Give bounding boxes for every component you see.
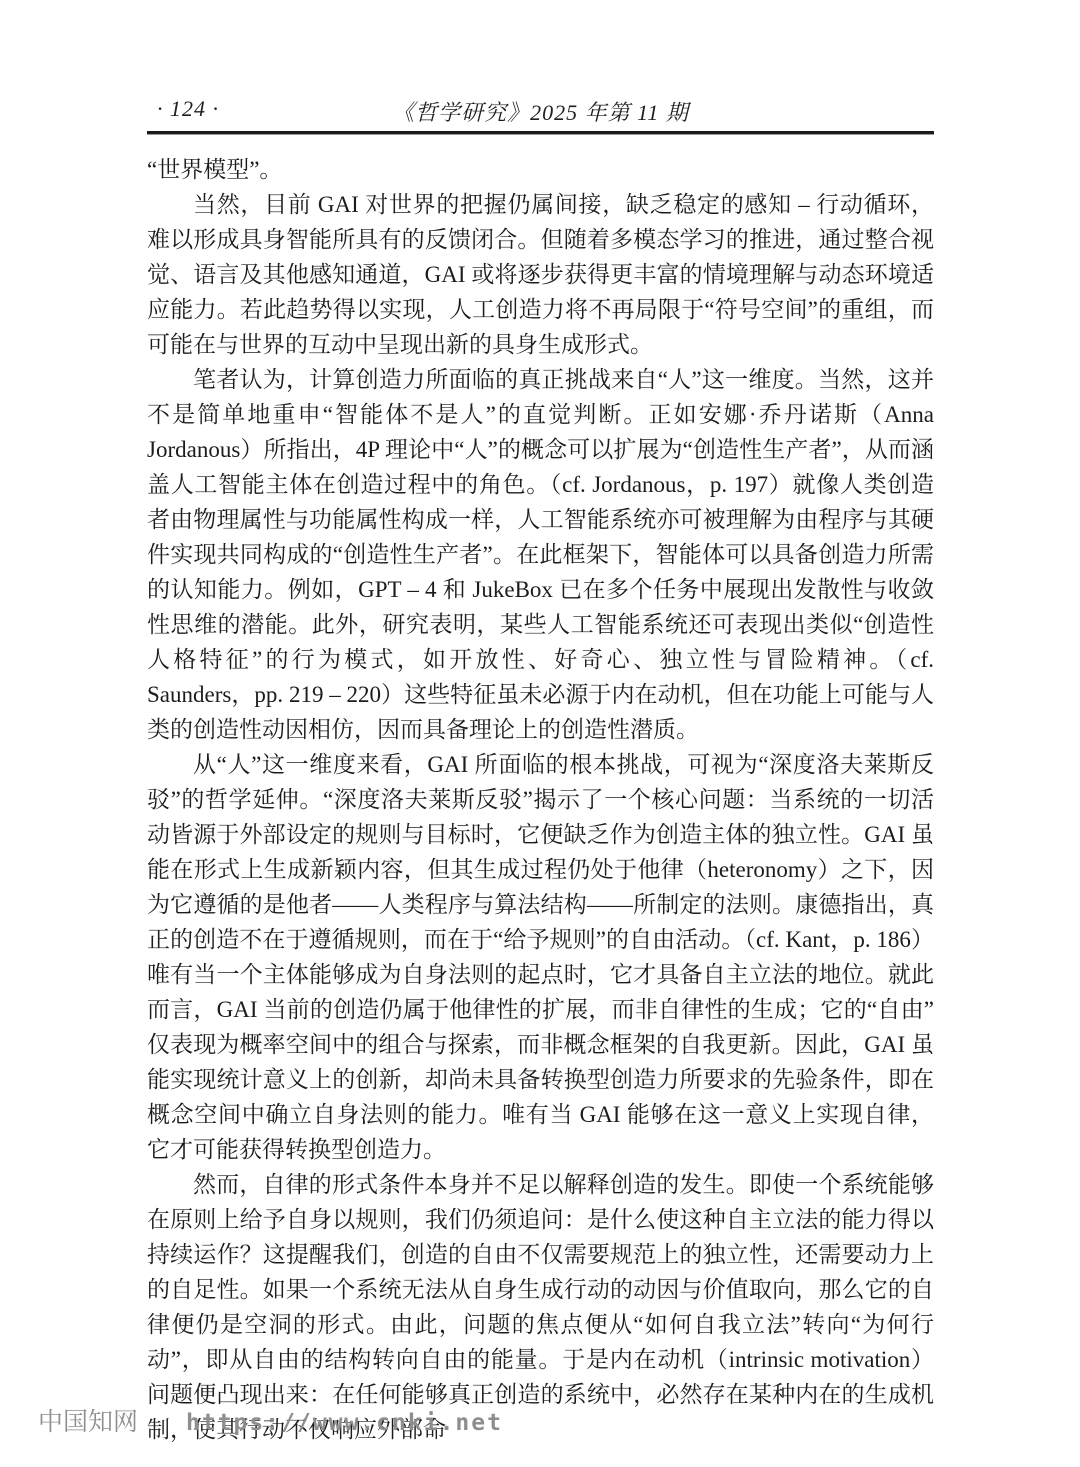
journal-page: · 124 · 《哲学研究》2025 年第 11 期 “世界模型”。 当然，目前…	[147, 96, 934, 1447]
cnki-footer: 中国知网 https://www.cnki.net	[38, 1402, 503, 1438]
paragraph: 笔者认为，计算创造力所面临的真正挑战来自“人”这一维度。当然，这并不是简单地重申…	[147, 362, 934, 747]
cnki-url-link[interactable]: https://www.cnki.net	[186, 1410, 503, 1436]
paragraph: 从“人”这一维度来看，GAI 所面临的根本挑战，可视为“深度洛夫莱斯反驳”的哲学…	[147, 747, 934, 1167]
cnki-site-name: 中国知网	[38, 1402, 138, 1438]
paragraph: 当然，目前 GAI 对世界的把握仍属间接，缺乏稳定的感知 – 行动循环，难以形成…	[147, 187, 934, 362]
header-rule	[147, 131, 934, 135]
article-body: “世界模型”。 当然，目前 GAI 对世界的把握仍属间接，缺乏稳定的感知 – 行…	[147, 152, 934, 1447]
paragraph-continuation: “世界模型”。	[147, 152, 934, 187]
page-header: · 124 · 《哲学研究》2025 年第 11 期	[147, 96, 934, 129]
journal-title: 《哲学研究》2025 年第 11 期	[147, 96, 934, 127]
